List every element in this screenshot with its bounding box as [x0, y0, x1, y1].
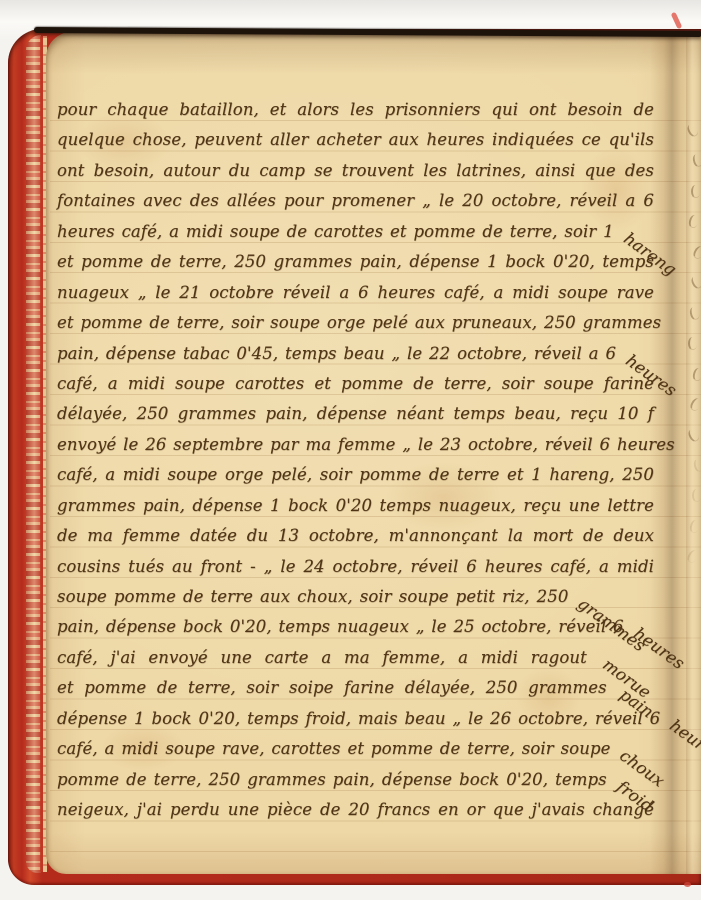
- handwriting-line-text: grammes pain, dépense 1 bock 0'20 temps …: [57, 496, 654, 515]
- handwriting-line-text: envoyé le 26 septembre par ma femme „ le…: [57, 435, 675, 454]
- handwriting-line: nuageux „ le 21 octobre réveil a 6 heure…: [57, 278, 654, 308]
- notebook-page: pour chaque bataillon, et alors les pris…: [46, 32, 701, 874]
- handwriting-line: café, a midi soupe carottes et pomme de …: [57, 369, 654, 399]
- handwriting-line-text: café, a midi soupe carottes et pomme de …: [57, 374, 654, 393]
- handwriting-line: café, a midi soupe orge pelé, soir pomme…: [57, 460, 654, 490]
- handwriting-line-text: fontaines avec des allées pour promener …: [57, 191, 654, 210]
- handwriting-line-text: quelque chose, peuvent aller acheter aux…: [57, 130, 654, 149]
- handwriting-line-text: ont besoin, autour du camp se trouvent l…: [57, 161, 654, 180]
- handwriting-line: cousins tués au front - „ le 24 octobre,…: [57, 552, 654, 582]
- handwriting-line-text: café, a midi soupe rave, carottes et pom…: [57, 739, 610, 758]
- handwriting-line: et pomme de terre, soir soupe orge pelé …: [57, 308, 654, 338]
- handwriting-line: fontaines avec des allées pour promener …: [57, 186, 654, 216]
- handwriting-line: pain, dépense tabac 0'45, temps beau „ l…: [57, 339, 654, 369]
- handwriting-line: délayée, 250 grammes pain, dépense néant…: [57, 399, 654, 429]
- handwriting-line: quelque chose, peuvent aller acheter aux…: [57, 125, 654, 155]
- handwriting-line-text: pain, dépense tabac 0'45, temps beau „ l…: [57, 344, 616, 363]
- handwriting-line: café, j'ai envoyé une carte a ma femme, …: [57, 643, 654, 673]
- handwriting-line-text: pour chaque bataillon, et alors les pris…: [57, 100, 654, 119]
- red-ink-dot: [684, 882, 691, 887]
- handwriting-line-text: nuageux „ le 21 octobre réveil a 6 heure…: [57, 283, 654, 302]
- handwriting-line: heures café, a midi soupe de carottes et…: [57, 217, 654, 247]
- handwriting-line-text: neigeux, j'ai perdu une pièce de 20 fran…: [57, 800, 654, 819]
- handwriting-line: soupe pomme de terre aux choux, soir sou…: [57, 582, 654, 612]
- page-stack-edges: [26, 35, 41, 873]
- handwriting-line: grammes pain, dépense 1 bock 0'20 temps …: [57, 491, 654, 521]
- handwriting-line: pomme de terre, 250 grammes pain, dépens…: [57, 765, 654, 795]
- handwriting-line: de ma femme datée du 13 octobre, m'annon…: [57, 521, 654, 551]
- handwriting-line-text: soupe pomme de terre aux choux, soir sou…: [57, 587, 568, 606]
- handwriting-line-text: délayée, 250 grammes pain, dépense néant…: [57, 404, 654, 423]
- handwriting-line: café, a midi soupe rave, carottes et pom…: [57, 734, 654, 764]
- handwriting-line-text: dépense 1 bock 0'20, temps froid, mais b…: [57, 709, 660, 728]
- handwriting-line: et pomme de terre, soir soipe farine dél…: [57, 673, 654, 703]
- handwriting-line-text: pomme de terre, 250 grammes pain, dépens…: [57, 770, 607, 789]
- handwriting-line: et pomme de terre, 250 grammes pain, dép…: [57, 247, 654, 277]
- handwriting-line-text: café, j'ai envoyé une carte a ma femme, …: [57, 648, 587, 667]
- handwriting-line-text: café, a midi soupe orge pelé, soir pomme…: [57, 465, 654, 484]
- scanned-notebook-photo: pour chaque bataillon, et alors les pris…: [0, 0, 701, 900]
- handwriting-line-text: et pomme de terre, 250 grammes pain, dép…: [57, 252, 654, 271]
- handwriting-line-text: pain, dépense bock 0'20, temps nuageux „…: [57, 617, 624, 636]
- handwriting-line: envoyé le 26 septembre par ma femme „ le…: [57, 430, 654, 460]
- handwriting-line-text: cousins tués au front - „ le 24 octobre,…: [57, 557, 654, 576]
- handwriting-line: ont besoin, autour du camp se trouvent l…: [57, 156, 654, 186]
- handwriting-line-text: et pomme de terre, soir soupe orge pelé …: [57, 313, 661, 332]
- handwriting-line: dépense 1 bock 0'20, temps froid, mais b…: [57, 704, 654, 734]
- handwriting-line: neigeux, j'ai perdu une pièce de 20 fran…: [57, 795, 654, 825]
- handwriting-line-text: de ma femme datée du 13 octobre, m'annon…: [57, 526, 654, 545]
- handwriting-line: pour chaque bataillon, et alors les pris…: [57, 95, 654, 125]
- handwriting-line-text: heures café, a midi soupe de carottes et…: [57, 222, 614, 241]
- handwriting-line: pain, dépense bock 0'20, temps nuageux „…: [57, 612, 654, 642]
- handwriting-line-text: et pomme de terre, soir soipe farine dél…: [57, 678, 607, 697]
- red-ink-smudge: [671, 12, 683, 30]
- handwriting-lines: pour chaque bataillon, et alors les pris…: [57, 95, 654, 826]
